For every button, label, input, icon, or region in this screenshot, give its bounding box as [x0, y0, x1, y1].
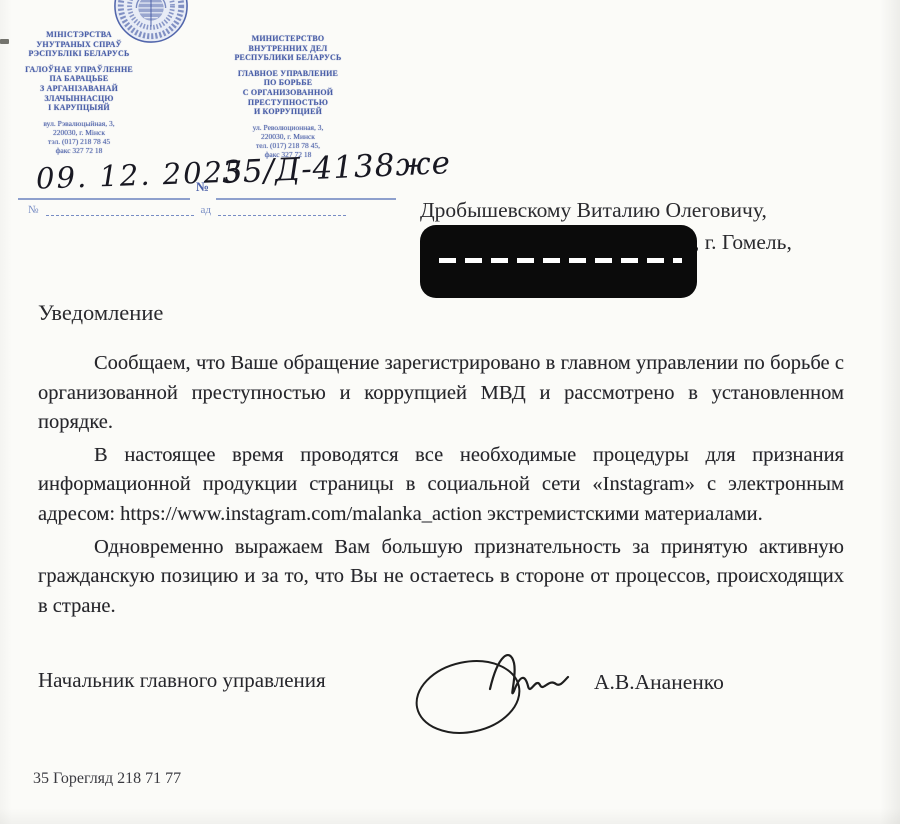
body-paragraph-2: В настоящее время проводятся все необход… [38, 441, 844, 530]
scanned-letter-page: МІНІСТЭРСТВА УНУТРАНЫХ СПРАЎ РЭСПУБЛІКІ … [0, 0, 900, 824]
blank-reference-row: № ад [28, 204, 346, 216]
signer-name: А.В.Ананенко [594, 670, 724, 695]
number-sign-label: № [196, 179, 209, 195]
handwritten-date: 09. 12. 2025 [35, 154, 245, 195]
letterhead-right-address-line: 220030, г. Минск [198, 132, 378, 141]
letterhead-left-column: МІНІСТЭРСТВА УНУТРАНЫХ СПРАЎ РЭСПУБЛІКІ … [0, 30, 174, 155]
number-underline [216, 198, 396, 200]
document-title: Уведомление [38, 300, 163, 326]
letterhead-right-ministry-line: РЕСПУБЛИКИ БЕЛАРУСЬ [198, 53, 378, 63]
executor-phone-line: 35 Горегляд 218 71 77 [33, 770, 181, 788]
letterhead-left-ministry-line: МІНІСТЭРСТВА [0, 30, 174, 40]
letterhead-left-address-line: 220030, г. Мінск [0, 128, 174, 137]
letterhead-right-unit-line: ГЛАВНОЕ УПРАВЛЕНИЕ [198, 69, 378, 79]
signer-position: Начальник главного управления [38, 668, 326, 693]
blank-number-line [46, 204, 194, 216]
body-paragraph-3: Одновременно выражаем Вам большую призна… [38, 533, 844, 622]
letter-body: Сообщаем, что Ваше обращение зарегистрир… [38, 349, 844, 624]
letterhead-left-ministry-line: РЭСПУБЛІКІ БЕЛАРУСЬ [0, 49, 174, 59]
letterhead-left-address-line: вул. Рэвалюцыйная, 3, [0, 119, 174, 128]
letterhead-right-address-line: ул. Революционная, 3, [198, 123, 378, 132]
letterhead-right-unit-line: ПРЕСТУПНОСТЬЮ [198, 98, 378, 108]
letterhead-right-column: МИНИСТЕРСТВО ВНУТРЕННИХ ДЕЛ РЕСПУБЛИКИ Б… [198, 34, 378, 159]
letterhead-left-ministry-line: УНУТРАНЫХ СПРАЎ [0, 40, 174, 50]
letterhead-right-unit-line: ПО БОРЬБЕ [198, 78, 378, 88]
letterhead-right-ministry-line: МИНИСТЕРСТВО [198, 34, 378, 44]
letterhead-right-unit-line: И КОРРУПЦИЕЙ [198, 107, 378, 117]
date-underline [18, 198, 190, 200]
letterhead-left-unit-line: ПА БАРАЦЬБЕ [0, 74, 174, 84]
letterhead-left-address-line: тэл. (017) 218 78 45 [0, 137, 174, 146]
letterhead-right-unit-line: С ОРГАНИЗОВАННОЙ [198, 88, 378, 98]
blank-number-sign: № [28, 204, 39, 216]
redaction-box [420, 225, 697, 298]
letterhead-left-address-line: факс 327 72 18 [0, 146, 174, 155]
blank-from-line [218, 204, 346, 216]
recipient-name-line: Дробышевскому Виталию Олеговичу, [420, 198, 767, 223]
body-paragraph-1: Сообщаем, что Ваше обращение зарегистрир… [38, 349, 844, 438]
letterhead-right-ministry-line: ВНУТРЕННИХ ДЕЛ [198, 44, 378, 54]
letterhead-left-unit-line: І КАРУПЦЫЯЙ [0, 103, 174, 113]
letterhead-left-unit-line: ГАЛОЎНАЕ УПРАЎЛЕННЕ [0, 65, 174, 75]
blank-from-label: ад [201, 204, 211, 216]
letterhead-left-unit-line: З АРГАНІЗАВАНАЙ [0, 84, 174, 94]
handwritten-signature-icon [410, 643, 600, 741]
recipient-city-line: , г. Гомель, [694, 230, 792, 255]
letterhead-left-unit-line: ЗЛАЧЫННАСЦЮ [0, 94, 174, 104]
